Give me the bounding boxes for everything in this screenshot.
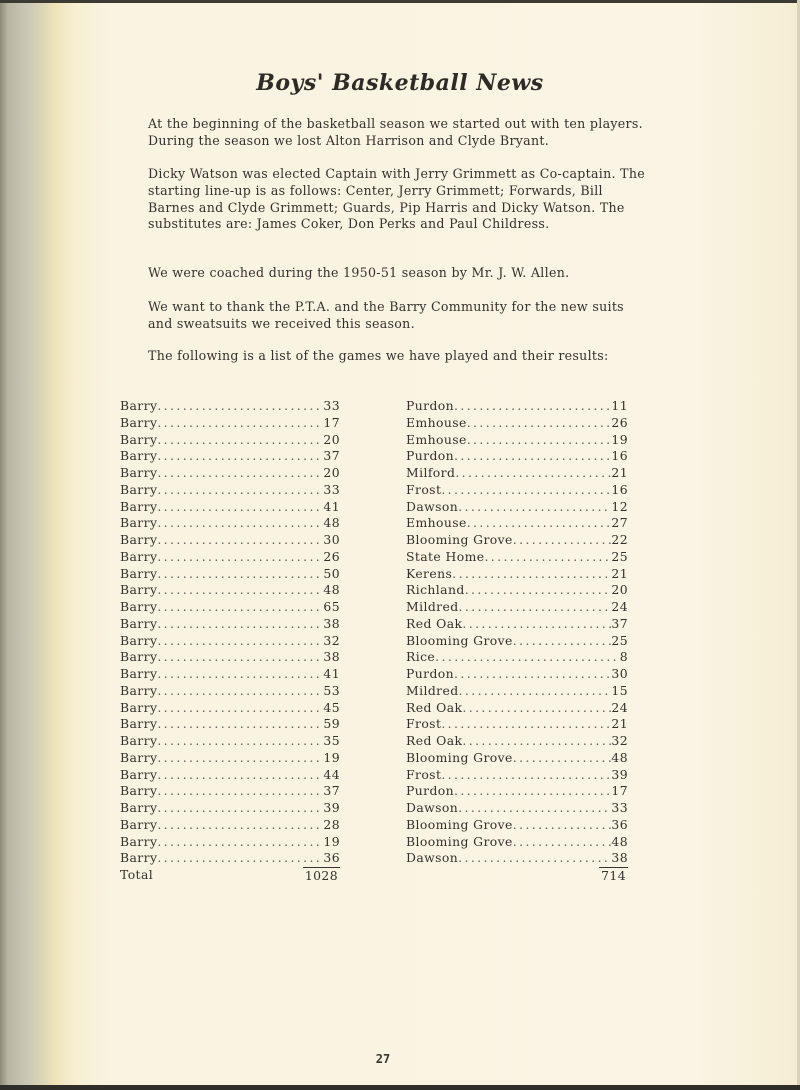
- score-row: Blooming Grove25: [406, 633, 628, 650]
- team-score: 16: [611, 448, 628, 465]
- dot-leader: [462, 733, 611, 750]
- paragraph-text: We want to thank the P.T.A. and the Barr…: [120, 299, 648, 333]
- dot-leader: [157, 649, 323, 666]
- team-name: Emhouse: [406, 515, 467, 532]
- total-row: Total1028: [120, 867, 340, 883]
- team-score: 26: [611, 415, 628, 432]
- score-row: Barry35: [120, 733, 340, 750]
- dot-leader: [157, 482, 323, 499]
- team-name: Red Oak: [406, 733, 462, 750]
- dot-leader: [458, 850, 611, 867]
- team-score: 19: [323, 750, 340, 767]
- team-score: 48: [611, 834, 628, 851]
- dot-leader: [435, 649, 620, 666]
- dot-leader: [454, 783, 611, 800]
- dot-leader: [157, 465, 323, 482]
- dot-leader: [465, 582, 612, 599]
- dot-leader: [157, 683, 323, 700]
- team-score: 30: [323, 532, 340, 549]
- dot-leader: [454, 398, 611, 415]
- team-name: Dawson: [406, 850, 458, 867]
- dot-leader: [513, 750, 612, 767]
- dot-leader: [157, 616, 323, 633]
- team-score: 24: [611, 700, 628, 717]
- team-score: 33: [611, 800, 628, 817]
- score-row: Frost39: [406, 767, 628, 784]
- dot-leader: [157, 700, 323, 717]
- team-name: Barry: [120, 532, 157, 549]
- score-row: Dawson12: [406, 499, 628, 516]
- score-row: Barry44: [120, 767, 340, 784]
- team-name: Mildred: [406, 599, 459, 616]
- team-name: Purdon: [406, 666, 454, 683]
- team-name: Barry: [120, 415, 157, 432]
- team-score: 20: [323, 465, 340, 482]
- team-score: 44: [323, 767, 340, 784]
- paragraph-text: The following is a list of the games we …: [120, 348, 648, 365]
- dot-leader: [157, 733, 323, 750]
- score-row: Barry36: [120, 850, 340, 867]
- dot-leader: [157, 716, 323, 733]
- score-row: Purdon11: [406, 398, 628, 415]
- team-score: 20: [611, 582, 628, 599]
- total-label: Total: [120, 867, 303, 883]
- score-row: Blooming Grove48: [406, 834, 628, 851]
- paragraph-text: We were coached during the 1950-51 seaso…: [120, 265, 648, 282]
- team-name: Dawson: [406, 800, 458, 817]
- team-name: Barry: [120, 499, 157, 516]
- dot-leader: [454, 666, 611, 683]
- dot-leader: [157, 448, 323, 465]
- team-name: State Home: [406, 549, 484, 566]
- total-score: 1028: [303, 867, 340, 883]
- team-score: 33: [323, 398, 340, 415]
- team-name: Barry: [120, 649, 157, 666]
- team-name: Blooming Grove: [406, 633, 513, 650]
- score-row: Blooming Grove22: [406, 532, 628, 549]
- dot-leader: [462, 616, 611, 633]
- score-row: Barry33: [120, 398, 340, 415]
- team-score: 26: [323, 549, 340, 566]
- team-name: Barry: [120, 616, 157, 633]
- team-score: 38: [323, 616, 340, 633]
- team-name: Barry: [120, 398, 157, 415]
- team-name: Barry: [120, 633, 157, 650]
- team-name: Barry: [120, 549, 157, 566]
- dot-leader: [157, 666, 323, 683]
- score-row: Barry37: [120, 448, 340, 465]
- score-row: Barry38: [120, 649, 340, 666]
- team-name: Barry: [120, 834, 157, 851]
- score-row: Dawson38: [406, 850, 628, 867]
- dot-leader: [467, 432, 612, 449]
- team-score: 48: [611, 750, 628, 767]
- score-row: Barry26: [120, 549, 340, 566]
- dot-leader: [513, 817, 612, 834]
- team-name: Richland: [406, 582, 465, 599]
- dot-leader: [513, 834, 612, 851]
- score-row: Emhouse27: [406, 515, 628, 532]
- team-score: 38: [323, 649, 340, 666]
- team-score: 59: [323, 716, 340, 733]
- dot-leader: [458, 800, 611, 817]
- score-row: Barry53: [120, 683, 340, 700]
- dot-leader: [458, 499, 611, 516]
- dot-leader: [157, 767, 323, 784]
- score-row: Mildred15: [406, 683, 628, 700]
- dot-leader: [462, 700, 611, 717]
- team-name: Barry: [120, 448, 157, 465]
- score-row: Barry19: [120, 750, 340, 767]
- team-score: 8: [620, 649, 628, 666]
- team-name: Dawson: [406, 499, 458, 516]
- dot-leader: [454, 448, 611, 465]
- score-row: Barry32: [120, 633, 340, 650]
- dot-leader: [157, 599, 323, 616]
- team-score: 48: [323, 515, 340, 532]
- barry-scores-column: Barry33Barry17Barry20Barry37Barry20Barry…: [120, 398, 340, 883]
- opponent-scores-column: Purdon11Emhouse26Emhouse19Purdon16Milfor…: [406, 398, 628, 883]
- team-score: 15: [611, 683, 628, 700]
- dot-leader: [459, 599, 612, 616]
- page-number: 27: [0, 1052, 766, 1066]
- score-row: Barry41: [120, 666, 340, 683]
- dot-leader: [467, 515, 612, 532]
- scanned-page: Boys' Basketball News At the beginning o…: [0, 0, 800, 1090]
- team-score: 38: [611, 850, 628, 867]
- team-name: Red Oak: [406, 700, 462, 717]
- dot-leader: [513, 633, 612, 650]
- team-name: Mildred: [406, 683, 459, 700]
- team-score: 53: [323, 683, 340, 700]
- team-name: Barry: [120, 716, 157, 733]
- team-score: 19: [611, 432, 628, 449]
- dot-leader: [452, 566, 611, 583]
- team-score: 37: [323, 448, 340, 465]
- score-row: Richland20: [406, 582, 628, 599]
- score-row: Barry37: [120, 783, 340, 800]
- team-name: Purdon: [406, 398, 454, 415]
- team-name: Emhouse: [406, 432, 467, 449]
- score-row: Purdon17: [406, 783, 628, 800]
- team-score: 30: [611, 666, 628, 683]
- team-name: Blooming Grove: [406, 834, 513, 851]
- team-name: Barry: [120, 566, 157, 583]
- score-row: Barry48: [120, 515, 340, 532]
- team-score: 25: [611, 549, 628, 566]
- dot-leader: [157, 582, 323, 599]
- team-name: Barry: [120, 666, 157, 683]
- score-row: Barry33: [120, 482, 340, 499]
- team-score: 41: [323, 666, 340, 683]
- dot-leader: [441, 767, 611, 784]
- score-row: Barry50: [120, 566, 340, 583]
- team-score: 21: [611, 566, 628, 583]
- dot-leader: [157, 566, 323, 583]
- dot-leader: [455, 465, 611, 482]
- score-row: Rice8: [406, 649, 628, 666]
- team-name: Barry: [120, 783, 157, 800]
- score-row: Blooming Grove48: [406, 750, 628, 767]
- team-score: 37: [323, 783, 340, 800]
- score-row: Purdon16: [406, 448, 628, 465]
- team-score: 22: [611, 532, 628, 549]
- team-score: 37: [611, 616, 628, 633]
- team-name: Barry: [120, 767, 157, 784]
- score-row: Barry38: [120, 616, 340, 633]
- team-score: 41: [323, 499, 340, 516]
- team-score: 24: [611, 599, 628, 616]
- dot-leader: [157, 817, 323, 834]
- score-row: Blooming Grove36: [406, 817, 628, 834]
- page-title: Boys' Basketball News: [0, 70, 800, 96]
- dot-leader: [157, 532, 323, 549]
- paragraph-lineup: Dicky Watson was elected Captain with Je…: [120, 166, 648, 233]
- score-row: Red Oak32: [406, 733, 628, 750]
- score-row: Dawson33: [406, 800, 628, 817]
- team-score: 39: [611, 767, 628, 784]
- total-label: [406, 867, 599, 883]
- team-score: 16: [611, 482, 628, 499]
- team-score: 39: [323, 800, 340, 817]
- dot-leader: [157, 499, 323, 516]
- team-score: 27: [611, 515, 628, 532]
- team-score: 11: [611, 398, 628, 415]
- score-row: Purdon30: [406, 666, 628, 683]
- team-name: Red Oak: [406, 616, 462, 633]
- dot-leader: [441, 482, 611, 499]
- dot-leader: [157, 549, 323, 566]
- total-row: 714: [406, 867, 628, 883]
- page-top-edge: [0, 0, 800, 3]
- team-score: 33: [323, 482, 340, 499]
- score-row: Barry30: [120, 532, 340, 549]
- score-row: Barry59: [120, 716, 340, 733]
- score-row: Barry28: [120, 817, 340, 834]
- dot-leader: [484, 549, 611, 566]
- paragraph-thanks: We want to thank the P.T.A. and the Barr…: [120, 299, 648, 333]
- team-score: 21: [611, 716, 628, 733]
- score-row: Frost21: [406, 716, 628, 733]
- total-score: 714: [599, 867, 628, 883]
- score-row: Milford21: [406, 465, 628, 482]
- team-score: 21: [611, 465, 628, 482]
- team-score: 17: [323, 415, 340, 432]
- team-score: 36: [611, 817, 628, 834]
- score-row: Emhouse26: [406, 415, 628, 432]
- team-name: Milford: [406, 465, 455, 482]
- team-score: 45: [323, 700, 340, 717]
- dot-leader: [157, 432, 323, 449]
- team-score: 65: [323, 599, 340, 616]
- dot-leader: [157, 783, 323, 800]
- paragraph-text: Dicky Watson was elected Captain with Je…: [120, 166, 648, 233]
- score-row: State Home25: [406, 549, 628, 566]
- team-name: Rice: [406, 649, 435, 666]
- score-row: Barry45: [120, 700, 340, 717]
- page-bottom-edge: [0, 1085, 800, 1090]
- team-name: Barry: [120, 850, 157, 867]
- team-score: 36: [323, 850, 340, 867]
- team-score: 32: [611, 733, 628, 750]
- dot-leader: [459, 683, 612, 700]
- dot-leader: [157, 750, 323, 767]
- team-name: Emhouse: [406, 415, 467, 432]
- team-name: Barry: [120, 515, 157, 532]
- team-score: 25: [611, 633, 628, 650]
- team-name: Barry: [120, 800, 157, 817]
- team-name: Barry: [120, 750, 157, 767]
- dot-leader: [157, 415, 323, 432]
- dot-leader: [441, 716, 611, 733]
- team-name: Barry: [120, 599, 157, 616]
- team-name: Barry: [120, 432, 157, 449]
- team-name: Blooming Grove: [406, 817, 513, 834]
- team-score: 17: [611, 783, 628, 800]
- team-name: Purdon: [406, 783, 454, 800]
- dot-leader: [157, 850, 323, 867]
- score-row: Red Oak37: [406, 616, 628, 633]
- team-score: 50: [323, 566, 340, 583]
- team-name: Frost: [406, 767, 441, 784]
- team-name: Barry: [120, 482, 157, 499]
- score-row: Barry19: [120, 834, 340, 851]
- score-row: Barry20: [120, 465, 340, 482]
- paragraph-coach: We were coached during the 1950-51 seaso…: [120, 265, 648, 282]
- team-score: 35: [323, 733, 340, 750]
- score-row: Barry48: [120, 582, 340, 599]
- team-score: 48: [323, 582, 340, 599]
- score-row: Barry20: [120, 432, 340, 449]
- score-row: Mildred24: [406, 599, 628, 616]
- score-row: Frost16: [406, 482, 628, 499]
- team-score: 32: [323, 633, 340, 650]
- team-name: Barry: [120, 582, 157, 599]
- team-score: 20: [323, 432, 340, 449]
- paragraph-intro: At the beginning of the basketball seaso…: [120, 116, 648, 150]
- team-score: 19: [323, 834, 340, 851]
- score-row: Barry41: [120, 499, 340, 516]
- dot-leader: [467, 415, 612, 432]
- team-name: Frost: [406, 482, 441, 499]
- dot-leader: [513, 532, 612, 549]
- score-row: Barry39: [120, 800, 340, 817]
- team-name: Barry: [120, 465, 157, 482]
- team-name: Blooming Grove: [406, 750, 513, 767]
- team-name: Frost: [406, 716, 441, 733]
- dot-leader: [157, 633, 323, 650]
- team-score: 28: [323, 817, 340, 834]
- team-name: Blooming Grove: [406, 532, 513, 549]
- score-row: Barry65: [120, 599, 340, 616]
- dot-leader: [157, 800, 323, 817]
- team-name: Kerens: [406, 566, 452, 583]
- team-name: Barry: [120, 700, 157, 717]
- team-name: Barry: [120, 733, 157, 750]
- paragraph-text: At the beginning of the basketball seaso…: [120, 116, 648, 150]
- score-row: Kerens21: [406, 566, 628, 583]
- team-name: Purdon: [406, 448, 454, 465]
- team-score: 12: [611, 499, 628, 516]
- score-row: Barry17: [120, 415, 340, 432]
- dot-leader: [157, 834, 323, 851]
- team-name: Barry: [120, 683, 157, 700]
- dot-leader: [157, 398, 323, 415]
- score-row: Emhouse19: [406, 432, 628, 449]
- paragraph-results-intro: The following is a list of the games we …: [120, 348, 648, 365]
- score-row: Red Oak24: [406, 700, 628, 717]
- team-name: Barry: [120, 817, 157, 834]
- dot-leader: [157, 515, 323, 532]
